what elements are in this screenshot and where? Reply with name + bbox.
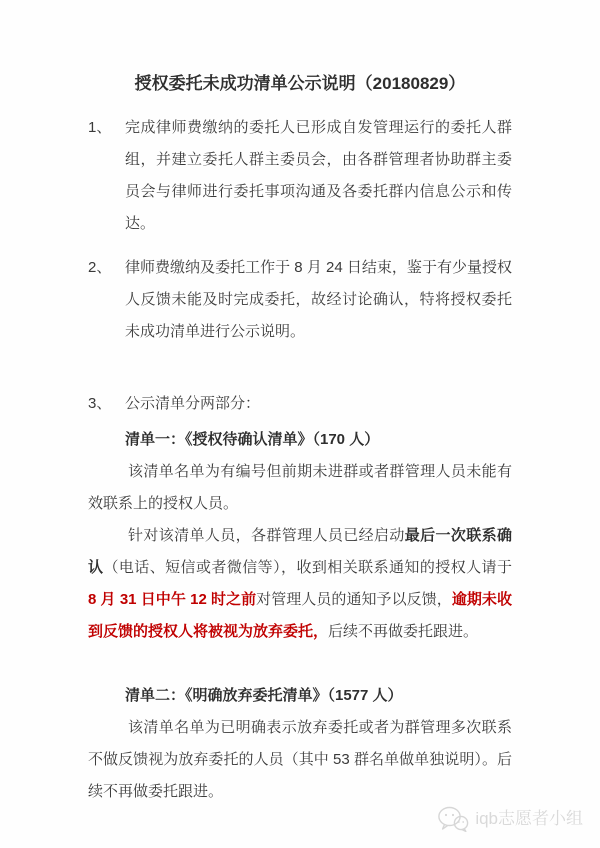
list-one-heading: 清单一：《授权待确认清单》（170 人） bbox=[125, 424, 512, 456]
list-two-heading: 清单二：《明确放弃委托清单》（1577 人） bbox=[125, 680, 512, 712]
document-content: 授权委托未成功清单公示说明（20180829） 1、 完成律师费缴纳的委托人已形… bbox=[0, 0, 600, 808]
list-item-3: 3、 公示清单分两部分： bbox=[88, 388, 512, 420]
wechat-icon bbox=[437, 806, 469, 832]
watermark-label: iqb志愿者小组 bbox=[475, 806, 583, 832]
list-one-paragraph-2: 针对该清单人员，各群管理人员已经启动最后一次联系确认（电话、短信或者微信等），收… bbox=[88, 520, 512, 648]
paragraph-2-segment-plain-4: 后续不再做委托跟进。 bbox=[328, 623, 478, 640]
list-item-3-number: 3、 bbox=[88, 388, 125, 420]
paragraph-2-deadline-emphasis: 8 月 31 日中午 12 时之前 bbox=[88, 591, 256, 608]
paragraph-2-segment-plain-2: （电话、短信或者微信等），收到相关联系通知的授权人请于 bbox=[103, 559, 512, 576]
paragraph-2-segment-plain-3: 对管理人员的通知予以反馈， bbox=[256, 591, 452, 608]
list-item-1: 1、 完成律师费缴纳的委托人已形成自发管理运行的委托人群组，并建立委托人群主委员… bbox=[88, 112, 512, 240]
list-item-1-text: 完成律师费缴纳的委托人已形成自发管理运行的委托人群组，并建立委托人群主委员会，由… bbox=[125, 112, 512, 240]
list-item-2-number: 2、 bbox=[88, 252, 125, 284]
list-item-2: 2、 律师费缴纳及委托工作于 8 月 24 日结束，鉴于有少量授权人反馈未能及时… bbox=[88, 252, 512, 348]
list-item-1-number: 1、 bbox=[88, 112, 125, 144]
document-page: 授权委托未成功清单公示说明（20180829） 1、 完成律师费缴纳的委托人已形… bbox=[0, 0, 600, 848]
list-two-paragraph: 该清单名单为已明确表示放弃委托或者为群管理多次联系不做反馈视为放弃委托的人员（其… bbox=[88, 712, 512, 808]
document-title: 授权委托未成功清单公示说明（20180829） bbox=[88, 70, 512, 98]
list-item-2-text: 律师费缴纳及委托工作于 8 月 24 日结束，鉴于有少量授权人反馈未能及时完成委… bbox=[125, 252, 512, 348]
paragraph-2-segment-plain-1: 针对该清单人员，各群管理人员已经启动 bbox=[128, 527, 405, 544]
list-item-3-text: 公示清单分两部分： bbox=[125, 388, 512, 420]
list-one-paragraph-1: 该清单名单为有编号但前期未进群或者群管理人员未能有效联系上的授权人员。 bbox=[88, 456, 512, 520]
watermark: iqb志愿者小组 bbox=[437, 806, 583, 832]
